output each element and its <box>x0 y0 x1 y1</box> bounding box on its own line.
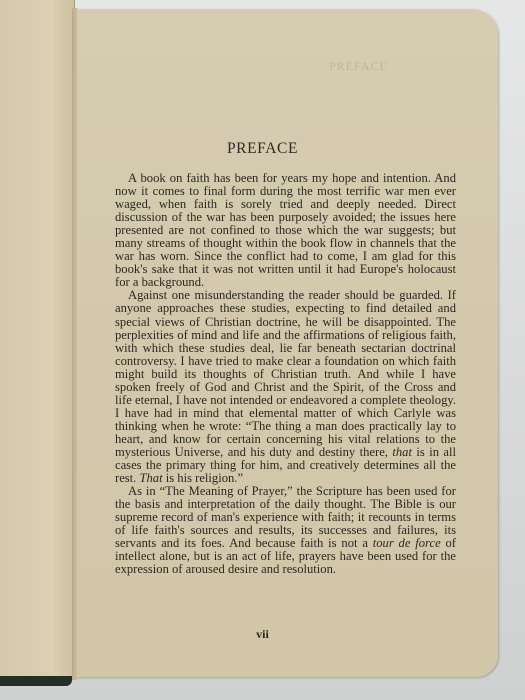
page-number: vii <box>0 627 525 642</box>
page-title: PREFACE <box>0 140 525 158</box>
book-cover-edge-bottom <box>0 676 72 686</box>
left-page <box>0 0 75 680</box>
preface-body: A book on faith has been for years my ho… <box>115 172 456 576</box>
show-through-running-head: PREFACE <box>329 59 388 74</box>
paragraph-2: Against one misunderstanding the reader … <box>115 289 456 485</box>
emphasis-that: that <box>392 445 412 459</box>
paragraph-3: As in “The Meaning of Prayer,” the Scrip… <box>115 485 456 576</box>
emphasis-tour-de-force: tour de force <box>373 536 441 550</box>
emphasis-that-2: That <box>139 471 162 485</box>
paragraph-1: A book on faith has been for years my ho… <box>115 172 456 289</box>
